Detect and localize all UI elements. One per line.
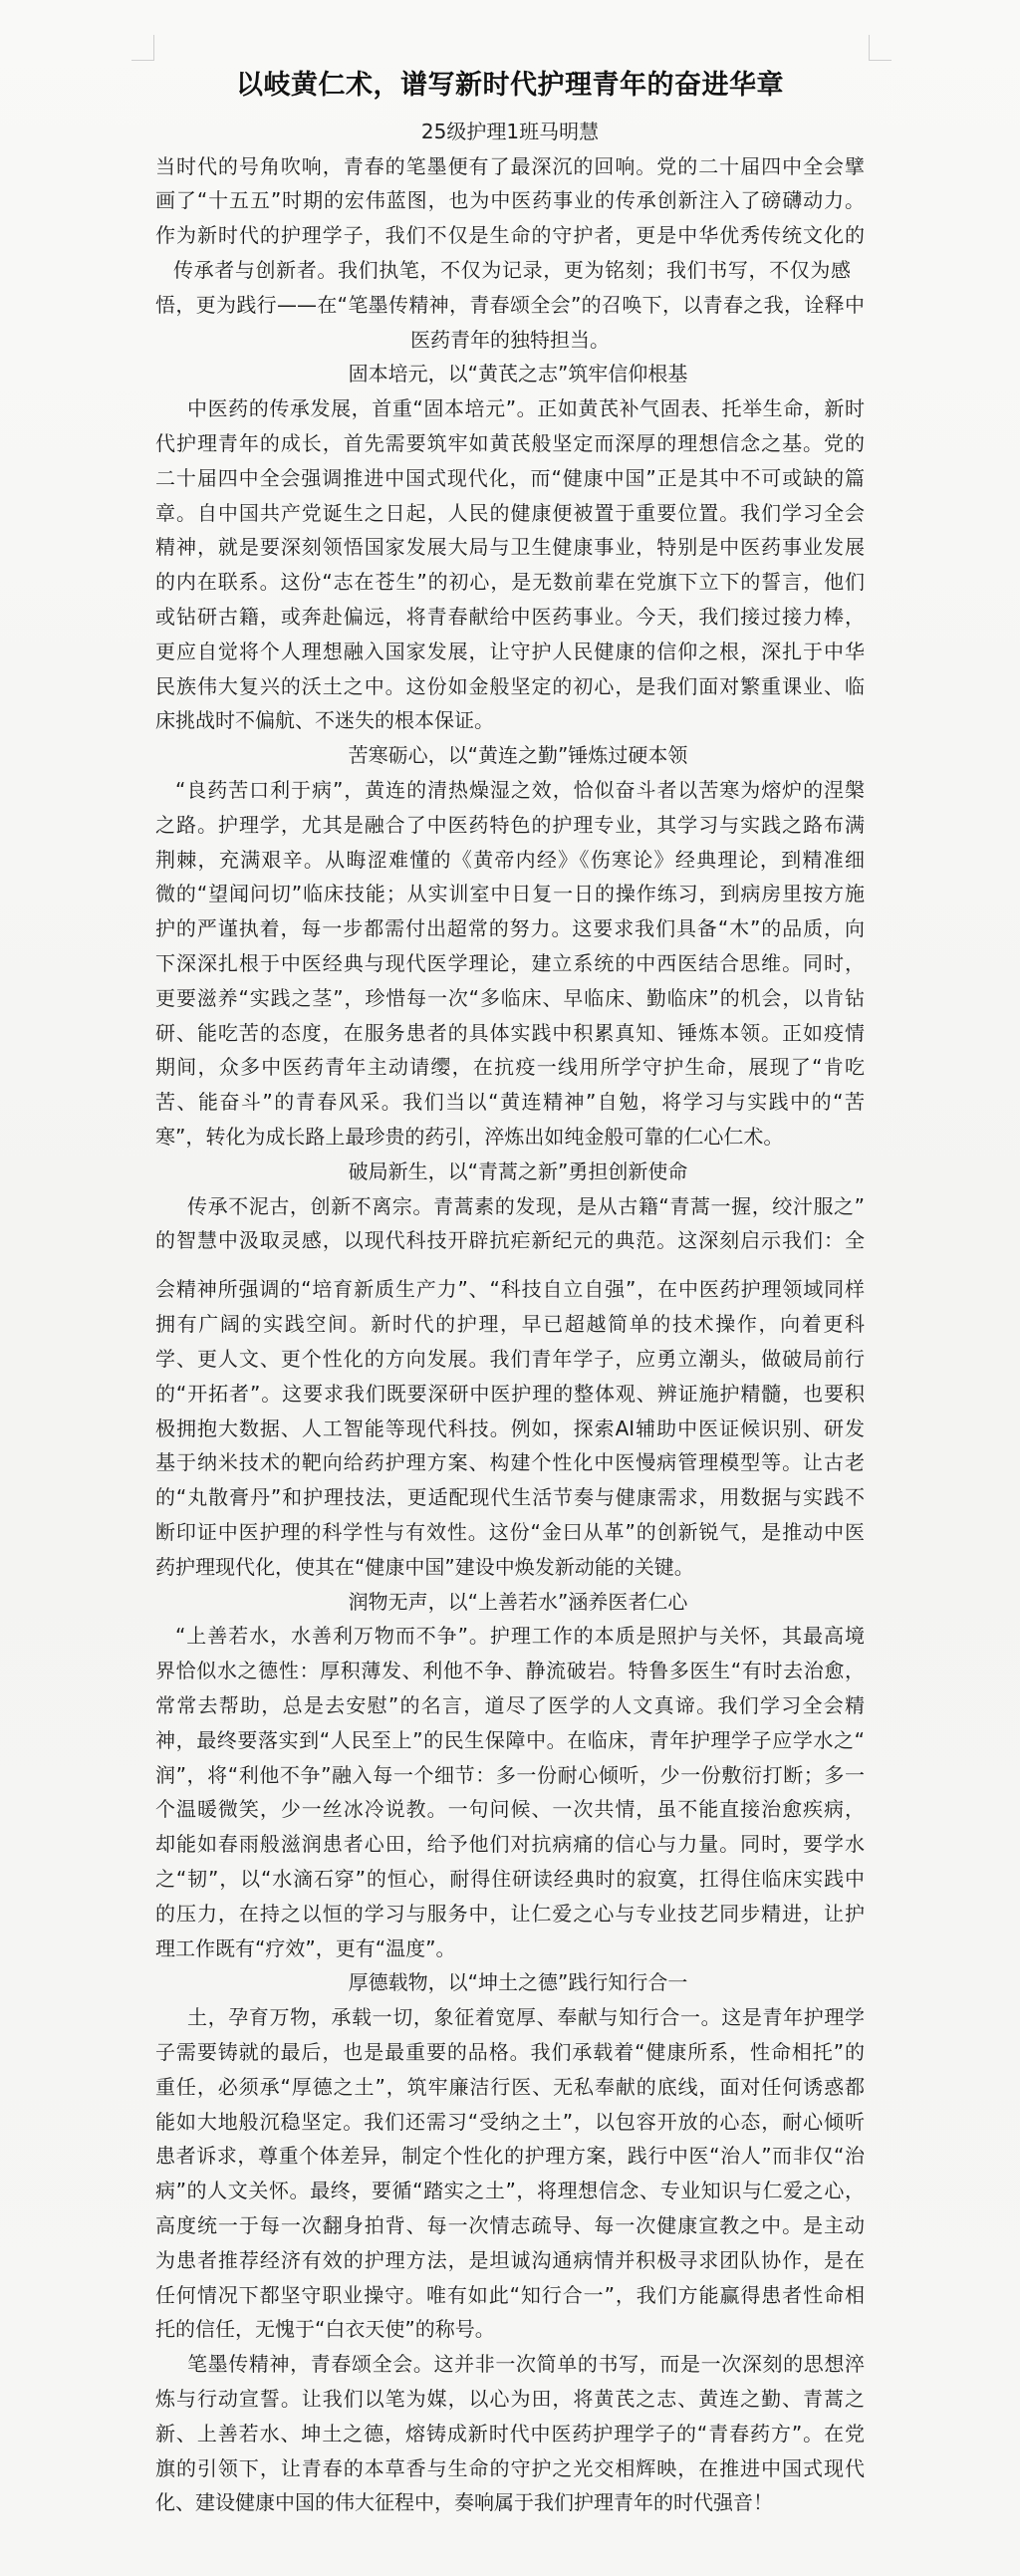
- text-line: 常常去帮助，总是去安慰”的名言，道尽了医学的人文真谛。我们学习全会精: [155, 1688, 865, 1723]
- text-line: 代护理青年的成长，首先需要筑牢如黄芪般坚定而深厚的理想信念之基。党的: [155, 426, 865, 461]
- document-title: 以岐黄仁术，谱写新时代护理青年的奋进华章: [0, 69, 1020, 103]
- text-line: 画了“十五五”时期的宏伟蓝图，也为中医药事业的传承创新注入了磅礴动力。: [155, 183, 865, 218]
- text-line: 为患者推荐经济有效的护理方法，是坦诚沟通病情并积极寻求团队协作，是在: [155, 2243, 865, 2278]
- document-body: 当时代的号角吹响，青春的笔墨便有了最深沉的回响。党的二十届四中全会擘 画了“十五…: [155, 149, 865, 2521]
- text-line: 理工作既有“疗效”，更有“温度”。: [155, 1932, 865, 1966]
- text-line: 子需要铸就的最后，也是最重要的品格。我们承载着“健康所系，性命相托”的: [155, 2035, 865, 2070]
- text-line: 之路。护理学，尤其是融合了中医药特色的护理专业，其学习与实践之路布满: [155, 808, 865, 843]
- text-line: 药护理现代化，使其在“健康中国”建设中焕发新动能的关键。: [155, 1550, 865, 1585]
- section-houde-zaiwu: 厚德载物，以“坤土之德”践行知行合一 土，孕育万物，承载一切，象征着宽厚、奉献与…: [155, 1965, 865, 2347]
- text-line: 笔墨传精神，青春颂全会。这并非一次简单的书写，而是一次深刻的思想淬: [155, 2347, 865, 2382]
- section-heading: 苦寒砺心，以“黄连之勤”锤炼过硬本领: [155, 738, 865, 773]
- section-guben-peiyuan: 固本培元，以“黄芪之志”筑牢信仰根基 中医药的传承发展，首重“固本培元”。正如黄…: [155, 357, 865, 738]
- text-line: 之“韧”，以“水滴石穿”的恒心，耐得住研读经典时的寂寞，扛得住临床实践中: [155, 1862, 865, 1897]
- margin-mark-top-left-vertical: [153, 35, 154, 60]
- text-line: 的压力，在持之以恒的学习与服务中，让仁爱之心与专业技艺同步精进，让护: [155, 1897, 865, 1932]
- text-line: 会精神所强调的“培育新质生产力”、“科技自立自强”，在中医药护理领域同样: [155, 1272, 865, 1307]
- text-line: “良药苦口利于病”，黄连的清热燥湿之效，恰似奋斗者以苦寒为熔炉的涅槃: [155, 773, 865, 808]
- text-line: 旗的引领下，让青春的本草香与生命的守护之光交相辉映，在推进中国式现代: [155, 2451, 865, 2486]
- section-heading: 润物无声，以“上善若水”涵养医者仁心: [155, 1585, 865, 1620]
- text-line: 土，孕育万物，承载一切，象征着宽厚、奉献与知行合一。这是青年护理学: [155, 2000, 865, 2035]
- text-line: 患者诉求，尊重个体差异，制定个性化的护理方案，践行中医“治人”而非仅“治: [155, 2139, 865, 2174]
- section-poju-xinsheng: 破局新生，以“青蒿之新”勇担创新使命 传承不泥古，创新不离宗。青蒿素的发现，是从…: [155, 1155, 865, 1585]
- text-line: 或钻研古籍，或奔赴偏远，将青春献给中医药事业。今天，我们接过接力棒，: [155, 600, 865, 635]
- text-line: 界恰似水之德性：厚积薄发、利他不争、静流破岩。特鲁多医生“有时去治愈，: [155, 1654, 865, 1688]
- text-line: 托的信任，无愧于“白衣天使”的称号。: [155, 2312, 865, 2347]
- section-runwu-wusheng: 润物无声，以“上善若水”涵养医者仁心 “上善若水，水善利万物而不争”。护理工作的…: [155, 1585, 865, 1966]
- section-heading: 厚德载物，以“坤土之德”践行知行合一: [155, 1965, 865, 2000]
- text-line: 床挑战时不偏航、不迷失的根本保证。: [155, 703, 865, 738]
- text-line: 民族伟大复兴的沃土之中。这份如金般坚定的初心，是我们面对繁重课业、临: [155, 669, 865, 704]
- text-line: 任何情况下都坚守职业操守。唯有如此“知行合一”，我们方能赢得患者性命相: [155, 2278, 865, 2313]
- text-line: 润”，将“利他不争”融入每一个细节：多一份耐心倾听，少一份敷衍打断；多一: [155, 1758, 865, 1793]
- text-line: 重任，必须承“厚德之土”，筑牢廉洁行医、无私奉献的底线，面对任何诱惑都: [155, 2070, 865, 2105]
- intro-paragraph: 当时代的号角吹响，青春的笔墨便有了最深沉的回响。党的二十届四中全会擘 画了“十五…: [155, 149, 865, 358]
- text-line: 苦、能奋斗”的青春风采。我们当以“黄连精神”自勉，将学习与实践中的“苦: [155, 1085, 865, 1120]
- margin-mark-top-left-horizontal: [131, 60, 154, 61]
- text-line: 极拥抱大数据、人工智能等现代科技。例如，探索AI辅助中医证候识别、研发: [155, 1412, 865, 1446]
- margin-mark-top-right-horizontal: [869, 60, 892, 61]
- text-line: 的内在联系。这份“志在苍生”的初心，是无数前辈在党旗下立下的誓言，他们: [155, 565, 865, 600]
- text-line: “上善若水，水善利万物而不争”。护理工作的本质是照护与关怀，其最高境: [155, 1619, 865, 1654]
- text-line: 医药青年的独特担当。: [155, 323, 865, 358]
- text-line: 炼与行动宣誓。让我们以笔为媒，以心为田，将黄芪之志、黄连之勤、青蒿之: [155, 2382, 865, 2417]
- text-line: 能如大地般沉稳坚定。我们还需习“受纳之土”，以包容开放的心态，耐心倾听: [155, 2105, 865, 2140]
- text-line: 悟，更为践行——在“笔墨传精神，青春颂全会”的召唤下，以青春之我，诠释中: [155, 288, 865, 323]
- section-heading: 破局新生，以“青蒿之新”勇担创新使命: [155, 1155, 865, 1189]
- text-line: 护的严谨执着，每一步都需付出超常的努力。这要求我们具备“木”的品质，向: [155, 911, 865, 946]
- text-line: 二十届四中全会强调推进中国式现代化，而“健康中国”正是其中不可或缺的篇: [155, 461, 865, 496]
- text-line: 的智慧中汲取灵感，以现代科技开辟抗疟新纪元的典范。这深刻启示我们：全: [155, 1223, 865, 1258]
- text-line: 中医药的传承发展，首重“固本培元”。正如黄芪补气固表、托举生命，新时: [155, 391, 865, 426]
- text-line: 高度统一于每一次翻身拍背、每一次情志疏导、每一次健康宣教之中。是主动: [155, 2208, 865, 2243]
- text-line: 拥有广阔的实践空间。新时代的护理，早已超越简单的技术操作，向着更科: [155, 1307, 865, 1342]
- conclusion-paragraph: 笔墨传精神，青春颂全会。这并非一次简单的书写，而是一次深刻的思想淬 炼与行动宣誓…: [155, 2347, 865, 2520]
- text-line: 更要滋养“实践之茎”，珍惜每一次“多临床、早临床、勤临床”的机会，以肯钻: [155, 981, 865, 1016]
- text-line: 传承者与创新者。我们执笔，不仅为记录，更为铭刻；我们书写，不仅为感: [155, 253, 865, 288]
- text-line: 的“开拓者”。这要求我们既要深研中医护理的整体观、辨证施护精髓，也要积: [155, 1377, 865, 1412]
- text-line: 当时代的号角吹响，青春的笔墨便有了最深沉的回响。党的二十届四中全会擘: [155, 149, 865, 184]
- text-line: 更应自觉将个人理想融入国家发展，让守护人民健康的信仰之根，深扎于中华: [155, 635, 865, 669]
- text-line: 却能如春雨般滋润患者心田，给予他们对抗病痛的信心与力量。同时，要学水: [155, 1827, 865, 1862]
- text-line: 化、建设健康中国的伟大征程中，奏响属于我们护理青年的时代强音！: [155, 2485, 865, 2520]
- text-line: 学、更人文、更个性化的方向发展。我们青年学子，应勇立潮头，做破局前行: [155, 1342, 865, 1377]
- margin-mark-top-right-vertical: [869, 35, 870, 60]
- text-line: 基于纳米技术的靶向给药护理方案、构建个性化中医慢病管理模型等。让古老: [155, 1445, 865, 1480]
- text-line: 神，最终要落实到“人民至上”的民生保障中。在临床，青年护理学子应学水之“: [155, 1723, 865, 1758]
- text-line: 寒”，转化为成长路上最珍贵的药引，淬炼出如纯金般可靠的仁心仁术。: [155, 1120, 865, 1155]
- text-line: 精神，就是要深刻领悟国家发展大局与卫生健康事业，特别是中医药事业发展: [155, 530, 865, 565]
- text-line: 病”的人文关怀。最终，要循“踏实之土”，将理想信念、专业知识与仁爱之心，: [155, 2174, 865, 2208]
- text-line: 作为新时代的护理学子，我们不仅是生命的守护者，更是中华优秀传统文化的: [155, 218, 865, 253]
- text-line: 荆棘，充满艰辛。从晦涩难懂的《黄帝内经》《伤寒论》经典理论，到精准细: [155, 843, 865, 878]
- text-line: 章。自中国共产党诞生之日起，人民的健康便被置于重要位置。我们学习全会: [155, 496, 865, 531]
- section-heading: 固本培元，以“黄芪之志”筑牢信仰根基: [155, 357, 865, 391]
- text-line: 个温暖微笑，少一丝冰冷说教。一句问候、一次共情，虽不能直接治愈疾病，: [155, 1792, 865, 1827]
- text-line: 的“丸散膏丹”和护理技法，更适配现代生活节奏与健康需求，用数据与实践不: [155, 1480, 865, 1515]
- section-kuhan-lixin: 苦寒砺心，以“黄连之勤”锤炼过硬本领 “良药苦口利于病”，黄连的清热燥湿之效，恰…: [155, 738, 865, 1155]
- text-line: 研、能吃苦的态度，在服务患者的具体实践中积累真知、锤炼本领。正如疫情: [155, 1016, 865, 1051]
- text-line: 传承不泥古，创新不离宗。青蒿素的发现，是从古籍“青蒿一握，绞汁服之”: [155, 1189, 865, 1224]
- text-line: 下深深扎根于中医经典与现代医学理论，建立系统的中西医结合思维。同时，: [155, 946, 865, 981]
- document-author: 25级护理1班马明慧: [0, 115, 1020, 149]
- text-line: 断印证中医护理的科学性与有效性。这份“金曰从革”的创新锐气，是推动中医: [155, 1515, 865, 1550]
- text-line: 新、上善若水、坤土之德，熔铸成新时代中医药护理学子的“青春药方”。在党: [155, 2417, 865, 2451]
- text-line: 微的“望闻问切”临床技能；从实训室中日复一日的操作练习，到病房里按方施: [155, 877, 865, 911]
- text-line: 期间，众多中医药青年主动请缨，在抗疫一线用所学守护生命，展现了“肯吃: [155, 1050, 865, 1085]
